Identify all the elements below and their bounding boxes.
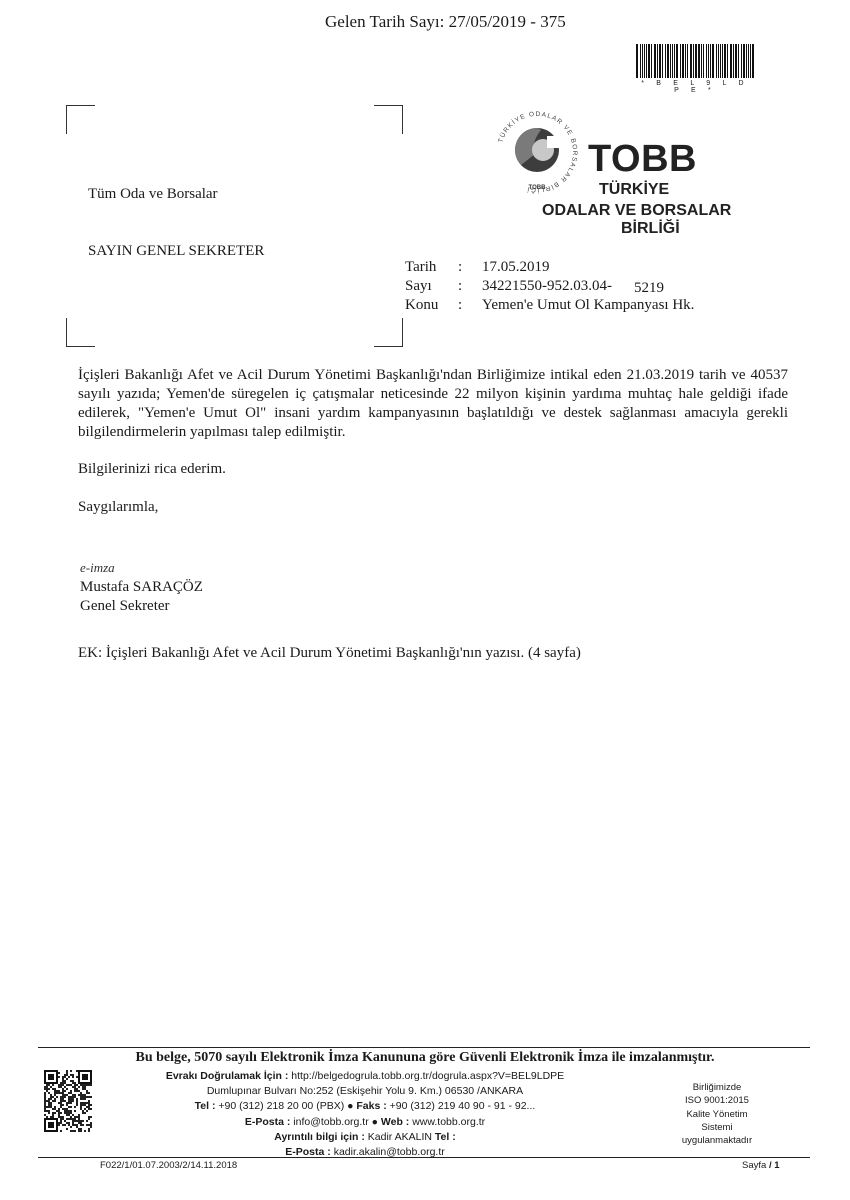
email-web-line: E-Posta : info@tobb.org.tr ● Web : www.t… (150, 1115, 580, 1130)
phone-line: Tel : +90 (312) 218 20 00 (PBX) ● Faks :… (150, 1099, 580, 1114)
separator: : (458, 258, 482, 277)
address-corner-mark (66, 105, 95, 134)
signature-block: Mustafa SARAÇÖZ Genel Sekreter (80, 578, 203, 616)
footer-divider (38, 1047, 810, 1048)
subject-label: Konu (405, 296, 458, 315)
email-link[interactable]: info@tobb.org.tr (293, 1116, 368, 1128)
closing-request: Bilgilerinizi rica ederim. (78, 461, 226, 478)
signer-title: Genel Sekreter (80, 597, 203, 616)
attachment-note: EK: İçişleri Bakanlığı Afet ve Acil Duru… (78, 645, 581, 662)
form-code: F022/1/01.07.2003/2/14.11.2018 (100, 1160, 237, 1171)
address-corner-mark (374, 318, 403, 347)
barcode-text: * B E L 9 L D P E * (636, 80, 754, 94)
salutation: SAYIN GENEL SEKRETER (88, 243, 264, 260)
separator: : (458, 296, 482, 315)
footer-contact-info: Evrakı Doğrulamak İçin : http://belgedog… (150, 1069, 580, 1160)
page-number: Sayfa / 1 (742, 1160, 780, 1171)
org-abbreviation: TOBB (588, 138, 697, 181)
recipient: Tüm Oda ve Borsalar (88, 186, 218, 203)
e-signature-mark: e-imza (80, 560, 115, 576)
verify-link[interactable]: http://belgedogrula.tobb.org.tr/dogrula.… (291, 1070, 564, 1082)
org-name-line: ODALAR VE BORSALAR (542, 202, 731, 220)
date-label: Tarih (405, 258, 458, 277)
body-paragraph: İçişleri Bakanlığı Afet ve Acil Durum Yö… (78, 366, 788, 442)
verify-line: Evrakı Doğrulamak İçin : http://belgedog… (150, 1069, 580, 1084)
web-link[interactable]: www.tobb.org.tr (412, 1116, 485, 1128)
meta-number-row: Sayı : 34221550-952.03.04- 5219 (405, 277, 694, 296)
number-suffix: 5219 (634, 279, 664, 298)
e-signature-notice: Bu belge, 5070 sayılı Elektronik İmza Ka… (40, 1050, 810, 1066)
iso-certification-note: Birliğimizde ISO 9001:2015 Kalite Yöneti… (657, 1081, 777, 1147)
document-meta: Tarih : 17.05.2019 Sayı : 34221550-952.0… (405, 258, 694, 315)
address-corner-mark (374, 105, 403, 134)
received-stamp: Gelen Tarih Sayı: 27/05/2019 - 375 (325, 12, 566, 32)
org-name-line: BİRLİĞİ (621, 220, 680, 238)
svg-text:TOBB: TOBB (529, 185, 547, 191)
meta-subject-row: Konu : Yemen'e Umut Ol Kampanyası Hk. (405, 296, 694, 315)
date-value: 17.05.2019 (482, 258, 550, 277)
subject-value: Yemen'e Umut Ol Kampanyası Hk. (482, 296, 694, 315)
barcode (636, 44, 754, 78)
signer-name: Mustafa SARAÇÖZ (80, 578, 203, 597)
meta-date-row: Tarih : 17.05.2019 (405, 258, 694, 277)
separator: : (458, 277, 482, 296)
tobb-logo-icon: TÜRKİYE ODALAR VE BORSALAR BİRLİĞİ TOBB (491, 106, 583, 198)
postal-address: Dumlupınar Bulvarı No:252 (Eskişehir Yol… (150, 1084, 580, 1099)
qr-code-icon[interactable] (44, 1070, 92, 1132)
footer-divider (38, 1157, 810, 1158)
contact-line: Ayrıntılı bilgi için : Kadir AKALIN Tel … (150, 1130, 580, 1145)
number-label: Sayı (405, 277, 458, 296)
address-corner-mark (66, 318, 95, 347)
org-name-line: TÜRKİYE (599, 181, 669, 199)
closing-regards: Saygılarımla, (78, 499, 158, 516)
number-value: 34221550-952.03.04- (482, 277, 612, 296)
